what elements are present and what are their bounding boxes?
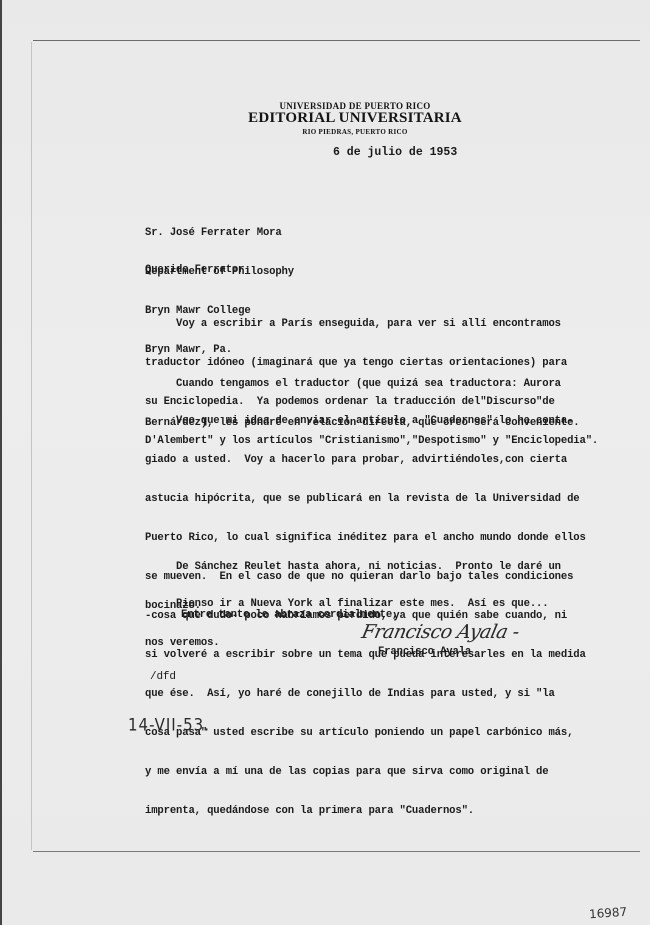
text-line: Veo que mi idea de enviar el artículo a … [145,415,586,428]
salutation: Querido Ferrater: [145,264,251,277]
page-border-top [33,40,640,41]
handwritten-date: 14-VII-53. [128,715,210,735]
text-line: giado a usted. Voy a hacerlo para probar… [145,454,586,467]
text-line: Voy a escribir a París enseguida, para v… [145,318,598,331]
handwritten-signature: Francisco Ayala - [360,621,521,643]
signer-name: Francisco Ayala [378,646,471,659]
typist-initials: /dfd [150,671,176,684]
letterhead-location: RIO PIEDRAS, PUERTO RICO [30,128,650,136]
page-border-bottom [33,851,640,852]
address-line: Sr. José Ferrater Mora [145,227,294,240]
text-line: que ése. Así, yo haré de conejillo de In… [145,688,586,701]
page-border-left [31,42,32,850]
scan-edge [0,0,2,925]
letter-date: 6 de julio de 1953 [333,146,457,159]
text-line: y me envía a mí una de las copias para q… [145,766,586,779]
letterhead-publisher: EDITORIAL UNIVERSITARIA [30,110,650,127]
text-line: imprenta, quedándose con la primera para… [145,805,586,818]
archive-number: 16987 [589,905,628,922]
text-line: astucia hipócrita, que se publicará en l… [145,493,586,506]
text-line: cosa pasa" usted escribe su artículo pon… [145,727,586,740]
